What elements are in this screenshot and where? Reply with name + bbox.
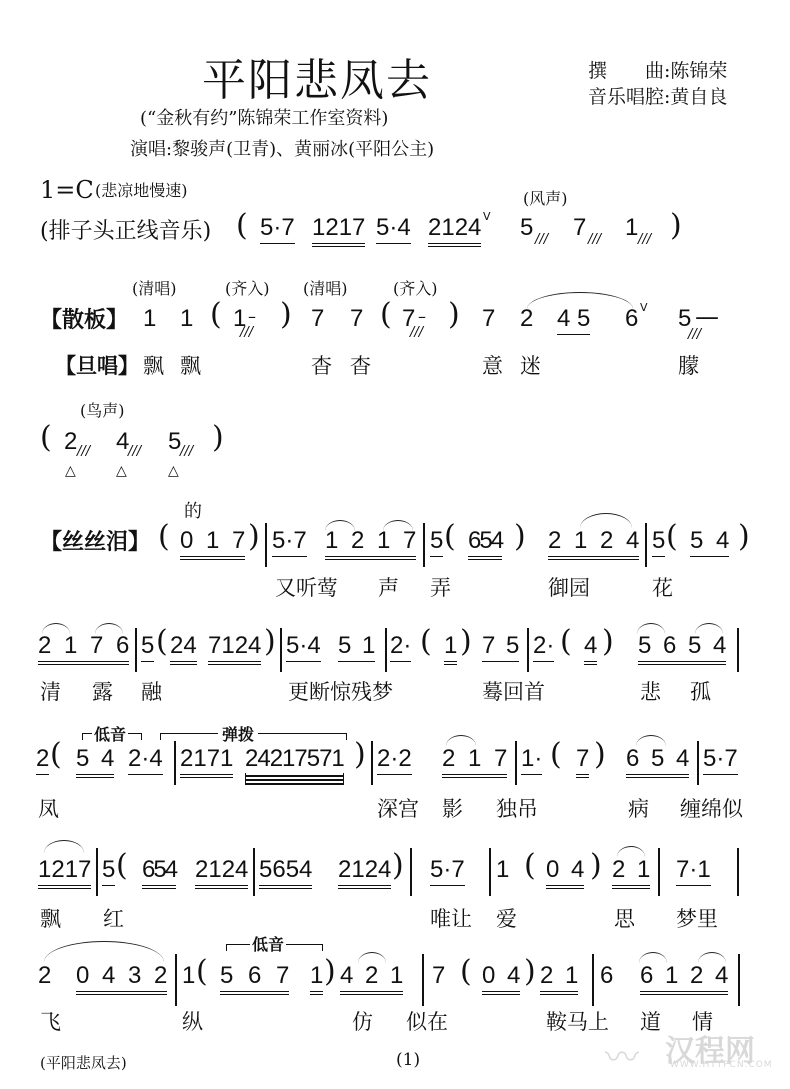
annotation: (清唱): [132, 276, 177, 299]
notation-line-5: 2 1 7 6 5 ( 24 7124 ) 5·4 5 1 2· ( 1 ) 7…: [0, 630, 790, 670]
tremolo-icon: ///: [638, 232, 651, 247]
bracket-label-pluck: 弹拨: [218, 722, 258, 745]
lyric: 御园: [548, 572, 590, 602]
barline: [410, 848, 412, 896]
note-group: 2171: [180, 745, 233, 778]
tremolo-icon: ///: [588, 232, 601, 247]
lyric: 飘: [180, 350, 201, 380]
notation-line-4: 【丝丝泪】 ( 0 1 7 ) 5·7 1 2 1 7 5 ( 654 ) 2 …: [0, 525, 790, 565]
paren-close: ): [602, 624, 614, 659]
bracket-label-bass: 低音: [92, 722, 128, 745]
paren-close: ): [514, 519, 526, 554]
paren-open: (: [158, 519, 170, 554]
paren-close: ): [590, 848, 602, 883]
note: 5: [141, 632, 154, 662]
barline: [422, 954, 424, 1006]
note: 1: [625, 214, 638, 242]
tie-dash: –: [418, 307, 426, 326]
role-label: 【旦唱】: [55, 350, 139, 380]
paren-open: (: [40, 420, 52, 455]
barline: [489, 848, 491, 896]
barline: [423, 523, 425, 567]
lyric: 更断惊残梦: [288, 676, 393, 706]
lyric: 孤: [690, 676, 711, 706]
note-group: 2 1 7 6: [38, 632, 129, 665]
paren-close: ): [324, 954, 336, 989]
breath-mark-icon: V: [640, 301, 648, 314]
lyric: 红: [103, 903, 124, 933]
triangle-mark-icon: △: [65, 463, 76, 479]
note-group: 0 1 7: [180, 527, 245, 560]
note-group: 7·1: [676, 856, 711, 886]
song-title: 平阳悲凤去: [202, 44, 432, 108]
annotation: (清唱): [303, 276, 348, 299]
paren-open: (: [210, 297, 222, 332]
footer-title: (平阳悲凤去): [40, 1052, 127, 1073]
paren-open: (: [444, 519, 456, 554]
annotation-wind: (风声): [523, 186, 568, 209]
barline: [697, 741, 699, 785]
note: 7: [432, 962, 445, 990]
note: 7: [573, 214, 586, 242]
note-group: 5·4: [376, 214, 411, 244]
slur: [44, 840, 84, 853]
lyric: 病: [628, 793, 649, 823]
lyric: 鞍马上: [546, 1006, 609, 1036]
note: 1: [143, 305, 156, 345]
section-label: 【丝丝泪】: [40, 525, 150, 556]
lyric: 露: [92, 676, 113, 706]
barline: [175, 954, 177, 1006]
barline: [645, 523, 647, 567]
watermark-url: WWW.HTTPCN.COM: [670, 1060, 773, 1070]
notation-line-3: ( 2 /// 4 /// 5 /// ): [0, 426, 400, 466]
note-group: 6 5 4: [626, 745, 689, 778]
note: 2: [64, 428, 77, 468]
note-group: 2 1: [612, 856, 650, 889]
notation-line-6: 2 ( 5 4 2·4 2171 24217571 ) 2·2 2 1 7 1·…: [0, 743, 790, 783]
paren-close: ): [448, 297, 460, 332]
note: 5: [430, 527, 443, 557]
barline: [371, 741, 373, 785]
lyric: 飞: [40, 1006, 61, 1036]
lyric: 声: [378, 572, 399, 602]
paren-close: ): [594, 737, 606, 772]
paren-open: (: [420, 624, 432, 659]
note-group: 2 1 2 4: [548, 527, 639, 560]
note-group: 4 2 1: [340, 962, 403, 995]
barline: [658, 848, 660, 896]
triangle-mark-icon: △: [168, 463, 179, 479]
barline: [527, 628, 529, 672]
barline: [253, 848, 255, 896]
breath-mark-icon: V: [483, 210, 491, 223]
note-group: 7 5: [482, 632, 519, 662]
note-group: 7124: [208, 632, 261, 665]
lyric: 杳: [350, 350, 371, 380]
lyric: 飘: [143, 350, 164, 380]
paren-open: (: [550, 737, 562, 772]
note: 1: [496, 856, 509, 884]
notation-line-8: 2 0 4 3 2 1 ( 5 6 7 1 ) 4 2 1 7 ( 0 4 ) …: [0, 960, 790, 1000]
note-group: 1217: [312, 214, 365, 247]
paren-open: (: [524, 848, 536, 883]
paren-close: ): [354, 737, 366, 772]
bracket-label-bass: 低音: [250, 932, 286, 955]
paren-close: ): [392, 848, 404, 883]
lyric: 道: [640, 1006, 661, 1036]
note: 1: [180, 305, 193, 345]
lyric: 纵: [182, 1006, 203, 1036]
paren-open: (: [116, 848, 128, 883]
annotation-bird: (鸟声): [80, 398, 125, 421]
note-group: 1 2 1 7: [325, 527, 416, 560]
paren-close: ): [264, 624, 276, 659]
note-group: 5·4: [286, 632, 321, 662]
barline: [265, 523, 267, 567]
paren-open: (: [236, 208, 248, 243]
credit-composer: 撰 曲:陈锦荣: [588, 58, 727, 84]
note-group: 2124: [338, 856, 391, 889]
page-number: (1): [396, 1050, 420, 1070]
paren-close: ): [670, 208, 682, 243]
paren-close: ): [460, 624, 472, 659]
note-group: 2124: [428, 214, 481, 247]
note-group: 2·4: [128, 745, 163, 775]
note: 1·: [521, 745, 542, 775]
lyric: 花: [652, 572, 673, 602]
note-group: 0 4: [482, 962, 520, 995]
note: 2·: [533, 632, 554, 662]
paren-close: ): [524, 954, 536, 989]
note: 1: [444, 632, 457, 665]
lyric: 爱: [496, 903, 517, 933]
tie-dash: –: [248, 307, 256, 326]
paren-open: (: [156, 624, 168, 659]
paren-close: ): [212, 420, 224, 455]
credit-arranger: 音乐唱腔:黄自良: [588, 84, 727, 110]
note: 5: [520, 214, 533, 242]
note-group: 2124: [195, 856, 248, 889]
note-group: 2·2: [377, 745, 412, 775]
note-group: 5·7: [703, 745, 738, 775]
tremolo-icon: ///: [77, 444, 90, 459]
barline: [280, 628, 282, 672]
paren-close: ): [280, 297, 292, 332]
note-group: 5 4: [690, 527, 729, 557]
note: 2: [36, 745, 49, 775]
lyric: 影: [442, 793, 463, 823]
paren-open: (: [460, 954, 472, 989]
paren-open: (: [196, 954, 208, 989]
note: 7: [311, 305, 324, 345]
lyric: 弄: [430, 572, 451, 602]
tremolo-icon: ///: [240, 325, 253, 340]
lyric: 独吊: [496, 793, 538, 823]
note: 5: [652, 527, 665, 557]
performers: 演唱:黎骏声(卫青)、黄丽冰(平阳公主): [130, 135, 434, 161]
lyric: 迷: [520, 350, 541, 380]
note-group: 5·7: [430, 856, 465, 886]
lyric: 思: [614, 903, 635, 933]
note-group: 24217571: [245, 745, 344, 773]
lyric: 清: [40, 676, 61, 706]
note-group: 4 5: [557, 305, 590, 335]
note: 6: [625, 305, 638, 345]
barline: [738, 954, 740, 1006]
paren-close: ): [248, 519, 260, 554]
slur: [44, 941, 164, 962]
section-label: 【散板】: [40, 303, 128, 334]
annotation: (齐入): [393, 276, 438, 299]
note-group: 24: [170, 632, 197, 665]
lyric: 仿: [352, 1006, 373, 1036]
lyric: 梦里: [676, 903, 718, 933]
barline: [135, 628, 137, 672]
note: 5: [102, 856, 115, 886]
section-label: (排子头正线音乐): [40, 214, 211, 245]
lyric: 缠绵似: [680, 793, 743, 823]
tremolo-icon: ///: [535, 232, 548, 247]
tremolo-icon: ///: [410, 325, 423, 340]
note: 1: [310, 962, 323, 995]
note: 2: [38, 962, 51, 990]
note-group: 5 1: [338, 632, 375, 662]
lyric: 深宫: [377, 793, 419, 823]
paren-open: (: [560, 624, 572, 659]
note-group: 5 6 7: [220, 962, 289, 995]
barline: [385, 628, 387, 672]
triangle-mark-icon: △: [116, 463, 127, 479]
lyric: 意: [482, 350, 503, 380]
note: 6: [600, 962, 613, 990]
lyric: 杳: [311, 350, 332, 380]
tempo-marking: (悲凉地慢速): [95, 178, 188, 201]
note: 4: [584, 632, 597, 665]
barline: [737, 628, 739, 672]
paren-close: ): [738, 519, 750, 554]
note-group: 5 4: [76, 745, 114, 778]
paren-open: (: [380, 297, 392, 332]
note: 7: [482, 305, 495, 345]
tremolo-icon: ///: [128, 444, 141, 459]
notation-line-1: (排子头正线音乐) ( 5·7 1217 5·4 2124 V 5 /// 7 …: [0, 210, 790, 260]
note-group: 0 4: [546, 856, 584, 889]
note-group: 2 1 7: [442, 745, 507, 778]
source-note: (“金秋有约”陈锦荣工作室资料): [140, 104, 388, 130]
lyric: 飘: [40, 903, 61, 933]
lyric: 融: [141, 676, 162, 706]
lyric: 朦: [678, 350, 699, 380]
note: 1: [182, 962, 195, 990]
lyric: 凤: [38, 793, 59, 823]
lyric: 似在: [406, 1006, 448, 1036]
tremolo-icon: ///: [688, 327, 701, 342]
lyric: 悲: [640, 676, 661, 706]
paren-open: (: [50, 737, 62, 772]
note: 2: [520, 305, 533, 345]
barline: [174, 741, 176, 785]
note-group: 5654: [259, 856, 312, 889]
watermark-logo-icon: 〰: [605, 1030, 639, 1079]
tremolo-icon: ///: [180, 444, 193, 459]
note-group: 654: [468, 527, 502, 560]
paren-open: (: [666, 519, 678, 554]
note: 7: [576, 745, 589, 778]
barline: [592, 954, 594, 1006]
note-group: 5·7: [272, 527, 307, 557]
lyric: 又听莺: [275, 572, 338, 602]
note-group: 6 1 2 4: [640, 962, 728, 995]
barline: [515, 741, 517, 785]
barline: [737, 848, 739, 896]
key-signature: 1=C: [40, 176, 94, 204]
note-group: 1217: [38, 856, 91, 889]
annotation: (齐入): [225, 276, 270, 299]
lyric: 蓦回首: [482, 676, 545, 706]
note: 7: [350, 305, 363, 345]
note: 2·: [390, 632, 411, 662]
note-group: 5 6 5 4: [638, 632, 726, 665]
notation-line-2: 【散板】 1 1 ( 1 – /// ) 7 7 ( 7 – /// ) 7 2…: [0, 303, 790, 343]
note-group: 654: [142, 856, 176, 889]
note-group: 5·7: [260, 214, 295, 244]
barline: [96, 848, 98, 896]
lyric: 唯让: [430, 903, 472, 933]
pickup-lyric: 的: [184, 497, 202, 523]
note-group: 2 1: [540, 962, 578, 995]
notation-line-7: 1217 5 ( 654 2124 5654 2124 ) 5·7 1 ( 0 …: [0, 854, 790, 894]
note-group: 0 4 3 2: [76, 962, 167, 995]
